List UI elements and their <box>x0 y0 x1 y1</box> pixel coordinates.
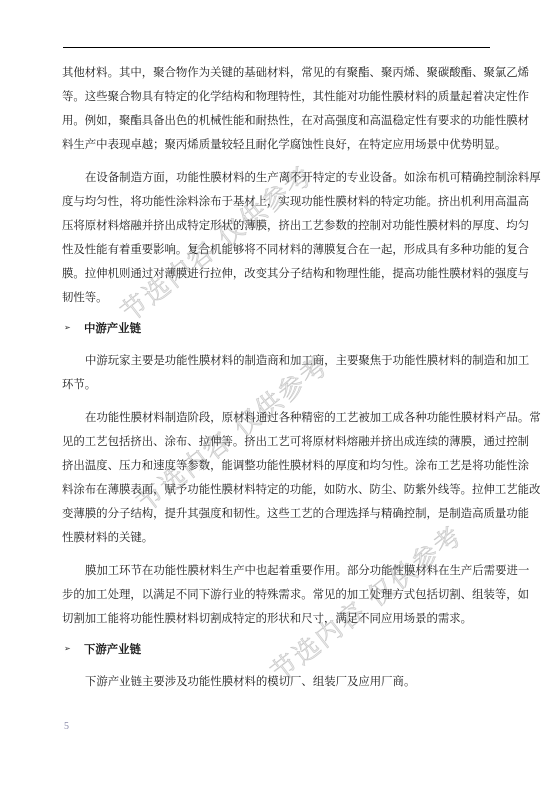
text-line: 下游产业链主要涉及功能性膜材料的模切厂、组装厂及应用厂商。 <box>62 669 490 693</box>
section-heading-downstream: ➢ 下游产业链 <box>62 636 490 662</box>
text-line: 在功能性膜材料制造阶段，原材料通过各种精密的工艺被加工成各种功能性膜材料产品。常 <box>62 405 490 429</box>
text-line: 中游玩家主要是功能性膜材料的制造商和加工商，主要聚焦于功能性膜材料的制造和加工 <box>62 348 490 372</box>
text-line: 用。例如，聚酯具备出色的机械性能和耐热性，在对高强度和高温稳定性有要求的功能性膜… <box>62 108 490 132</box>
paragraph: 中游玩家主要是功能性膜材料的制造商和加工商，主要聚焦于功能性膜材料的制造和加工 … <box>62 348 490 396</box>
text-line: 料涂布在薄膜表面，赋予功能性膜材料特定的功能，如防水、防尘、防紫外线等。拉伸工艺… <box>62 477 490 501</box>
text-line: 挤出温度、压力和速度等参数，能调整功能性膜材料的厚度和均匀性。涂布工艺是将功能性… <box>62 453 490 477</box>
text-line: 其他材料。其中，聚合物作为关键的基础材料，常见的有聚酯、聚丙烯、聚碳酸酯、聚氯乙… <box>62 60 490 84</box>
text-line: 在设备制造方面，功能性膜材料的生产离不开特定的专业设备。如涂布机可精确控制涂料厚 <box>62 165 490 189</box>
text-line: 环节。 <box>62 372 490 396</box>
text-line: 膜加工环节在功能性膜材料生产中也起着重要作用。部分功能性膜材料在生产后需要进一 <box>62 558 490 582</box>
text-line: 步的加工处理，以满足不同下游行业的特殊需求。常见的加工处理方式包括切割、组装等，… <box>62 582 490 606</box>
text-line: 料生产中表现卓越；聚丙烯质量较轻且耐化学腐蚀性良好，在特定应用场景中优势明显。 <box>62 132 490 156</box>
section-heading-label: 下游产业链 <box>84 636 141 662</box>
paragraph: 在设备制造方面，功能性膜材料的生产离不开特定的专业设备。如涂布机可精确控制涂料厚… <box>62 165 490 309</box>
text-line: 变薄膜的分子结构，提升其强度和韧性。这些工艺的合理选择与精确控制，是制造高质量功… <box>62 501 490 525</box>
text-line: 膜。拉伸机则通过对薄膜进行拉伸，改变其分子结构和物理性能，提高功能性膜材料的强度… <box>62 261 490 285</box>
section-heading-label: 中游产业链 <box>84 315 141 341</box>
text-line: 压将原材料熔融并挤出成特定形状的薄膜，挤出工艺参数的控制对功能性膜材料的厚度、均… <box>62 213 490 237</box>
text-line: 切割加工能将功能性膜材料切割成特定的形状和尺寸，满足不同应用场景的需求。 <box>62 606 490 630</box>
paragraph: 膜加工环节在功能性膜材料生产中也起着重要作用。部分功能性膜材料在生产后需要进一 … <box>62 558 490 630</box>
text-line: 度与均匀性，将功能性涂料涂布于基材上，实现功能性膜材料的特定功能。挤出机利用高温… <box>62 189 490 213</box>
text-line: 见的工艺包括挤出、涂布、拉伸等。挤出工艺可将原材料熔融并挤出成连续的薄膜，通过控… <box>62 429 490 453</box>
text-line: 韧性等。 <box>62 285 490 309</box>
page-body: 其他材料。其中，聚合物作为关键的基础材料，常见的有聚酯、聚丙烯、聚碳酸酯、聚氯乙… <box>62 60 490 693</box>
arrow-bullet-icon: ➢ <box>62 636 84 662</box>
text-line: 性及性能有着重要影响。复合机能够将不同材料的薄膜复合在一起，形成具有多种功能的复… <box>62 237 490 261</box>
paragraph: 其他材料。其中，聚合物作为关键的基础材料，常见的有聚酯、聚丙烯、聚碳酸酯、聚氯乙… <box>62 60 490 156</box>
paragraph: 在功能性膜材料制造阶段，原材料通过各种精密的工艺被加工成各种功能性膜材料产品。常… <box>62 405 490 549</box>
text-line: 性膜材料的关键。 <box>62 525 490 549</box>
header-rule <box>63 47 490 48</box>
paragraph: 下游产业链主要涉及功能性膜材料的模切厂、组装厂及应用厂商。 <box>62 669 490 693</box>
arrow-bullet-icon: ➢ <box>62 315 84 341</box>
section-heading-midstream: ➢ 中游产业链 <box>62 315 490 341</box>
text-line: 等。这些聚合物具有特定的化学结构和物理特性，其性能对功能性膜材料的质量起着决定性… <box>62 84 490 108</box>
page-number: 5 <box>64 721 69 732</box>
